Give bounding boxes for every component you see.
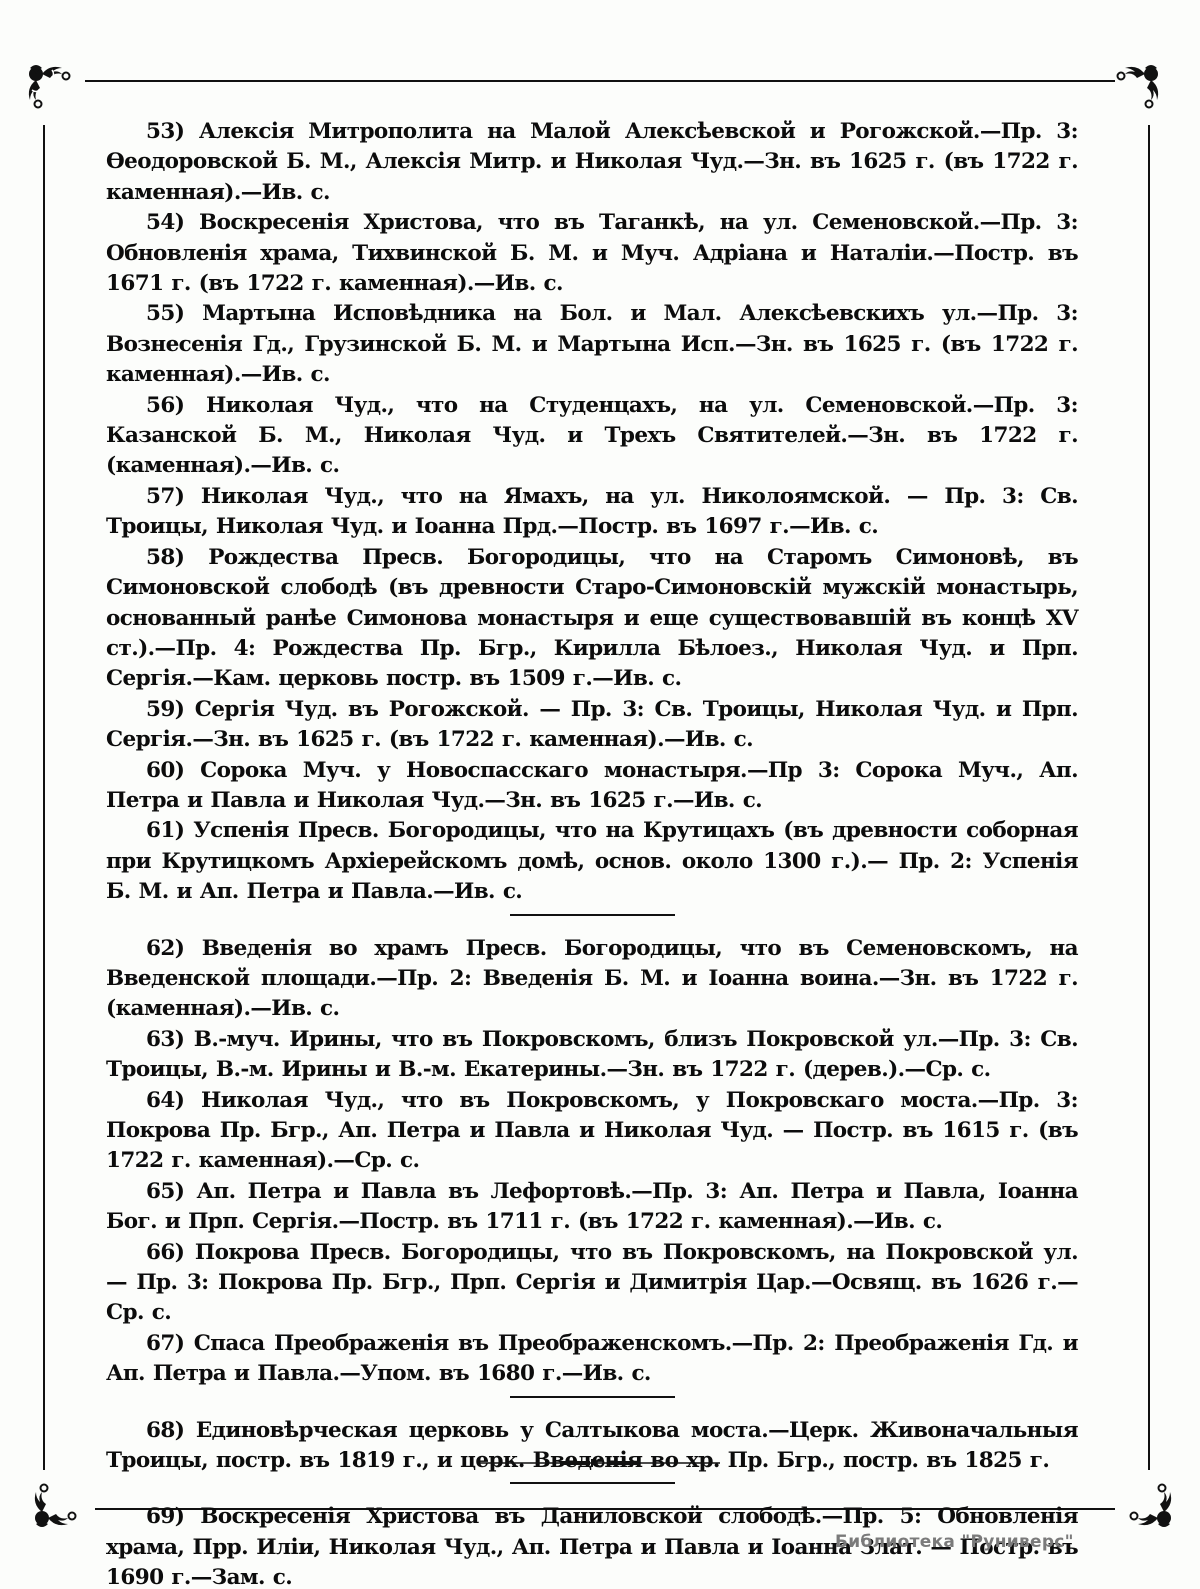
section-separator-rule — [510, 914, 675, 916]
entry-65: 65) Ап. Петра и Павла въ Лефортовѣ.—Пр. … — [106, 1177, 1078, 1238]
entry-66: 66) Покрова Пресв. Богородицы, что въ По… — [106, 1238, 1078, 1329]
frame-top-rule — [85, 80, 1115, 82]
entry-number: 66) — [146, 1240, 184, 1265]
ornamental-end-rule-icon — [480, 1457, 720, 1469]
entry-55: 55) Мартына Исповѣдника на Бол. и Мал. А… — [106, 299, 1078, 390]
entry-number: 60) — [146, 758, 184, 783]
entry-54: 54) Воскресенія Христова, что въ Таганкѣ… — [106, 208, 1078, 299]
library-watermark: Библиотека "Руниверс" — [835, 1532, 1074, 1552]
entry-63: 63) В.-муч. Ирины, что въ Покровскомъ, б… — [106, 1025, 1078, 1086]
entry-57: 57) Николая Чуд., что на Ямахъ, на ул. Н… — [106, 482, 1078, 543]
frame-right-rule — [1148, 125, 1150, 1470]
entry-58: 58) Рождества Пресв. Богородицы, что на … — [106, 543, 1078, 695]
entry-number: 57) — [146, 484, 184, 509]
section-separator-rule — [510, 1482, 675, 1484]
entry-number: 58) — [146, 545, 184, 570]
entry-number: 55) — [146, 301, 184, 326]
entry-number: 54) — [146, 210, 184, 235]
entry-number: 53) — [146, 119, 184, 144]
entry-text: Николая Чуд., что въ Покровскомъ, у Покр… — [106, 1088, 1078, 1174]
entry-text: Введенія во храмъ Пресв. Богородицы, что… — [106, 936, 1078, 1022]
entry-text: Мартына Исповѣдника на Бол. и Мал. Алекс… — [106, 301, 1078, 387]
section-separator-rule — [510, 1396, 675, 1398]
entry-number: 69) — [146, 1504, 184, 1529]
entry-text: Алексія Митрополита на Малой Алексѣевско… — [106, 119, 1078, 205]
entry-text: Ап. Петра и Павла въ Лефортовѣ.—Пр. 3: А… — [106, 1179, 1078, 1234]
corner-ornament-top-left-icon — [22, 60, 92, 130]
entry-number: 63) — [146, 1027, 184, 1052]
entry-group-2: 62) Введенія во храмъ Пресв. Богородицы,… — [106, 934, 1078, 1390]
entry-number: 56) — [146, 393, 184, 418]
entry-text: Покрова Пресв. Богородицы, что въ Покров… — [106, 1240, 1078, 1326]
corner-ornament-bottom-left-icon — [28, 1462, 98, 1532]
page-body: 53) Алексія Митрополита на Малой Алексѣе… — [106, 117, 1078, 1589]
corner-ornament-bottom-right-icon — [1108, 1462, 1178, 1532]
corner-ornament-top-right-icon — [1095, 60, 1165, 130]
entry-67: 67) Спаса Преображенія въ Преображенском… — [106, 1329, 1078, 1390]
entry-text: Успенія Пресв. Богородицы, что на Крутиц… — [106, 818, 1078, 904]
entry-56: 56) Николая Чуд., что на Студенцахъ, на … — [106, 391, 1078, 482]
entry-53: 53) Алексія Митрополита на Малой Алексѣе… — [106, 117, 1078, 208]
entry-text: В.-муч. Ирины, что въ Покровскомъ, близъ… — [106, 1027, 1078, 1082]
entry-text: Сорока Муч. у Новоспасскаго монастыря.—П… — [106, 758, 1078, 813]
entry-text: Николая Чуд., что на Студенцахъ, на ул. … — [106, 393, 1078, 479]
frame-left-rule — [43, 125, 45, 1470]
entry-text: Воскресенія Христова, что въ Таганкѣ, на… — [106, 210, 1078, 296]
entry-text: Сергія Чуд. въ Рогожской. — Пр. 3: Св. Т… — [106, 697, 1078, 752]
entry-number: 65) — [146, 1179, 184, 1204]
entry-number: 61) — [146, 818, 184, 843]
entry-number: 64) — [146, 1088, 184, 1113]
entry-group-1: 53) Алексія Митрополита на Малой Алексѣе… — [106, 117, 1078, 908]
entry-number: 68) — [146, 1418, 184, 1443]
entry-number: 62) — [146, 936, 184, 961]
entry-number: 59) — [146, 697, 184, 722]
entry-59: 59) Сергія Чуд. въ Рогожской. — Пр. 3: С… — [106, 695, 1078, 756]
entry-60: 60) Сорока Муч. у Новоспасскаго монастыр… — [106, 756, 1078, 817]
entry-text: Рождества Пресв. Богородицы, что на Стар… — [106, 545, 1078, 692]
entry-text: Спаса Преображенія въ Преображенскомъ.—П… — [106, 1331, 1078, 1386]
entry-61: 61) Успенія Пресв. Богородицы, что на Кр… — [106, 816, 1078, 907]
entry-62: 62) Введенія во храмъ Пресв. Богородицы,… — [106, 934, 1078, 1025]
entry-text: Николая Чуд., что на Ямахъ, на ул. Никол… — [106, 484, 1078, 539]
entry-number: 67) — [146, 1331, 184, 1356]
entry-64: 64) Николая Чуд., что въ Покровскомъ, у … — [106, 1086, 1078, 1177]
